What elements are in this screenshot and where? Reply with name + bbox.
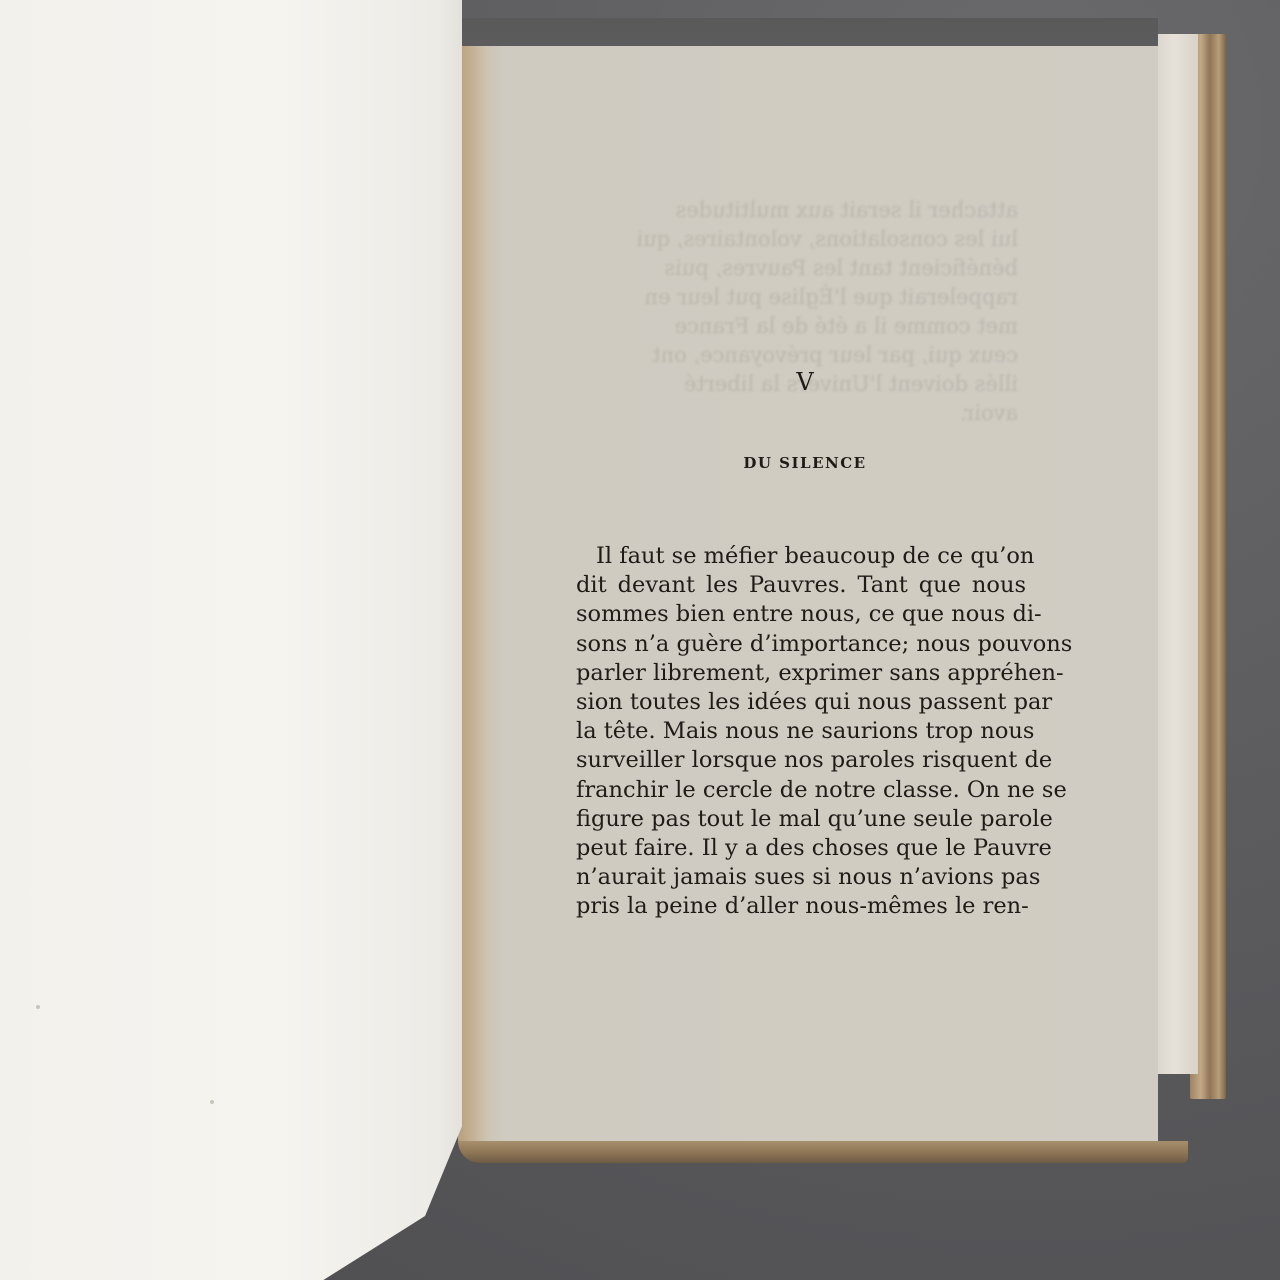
paper-foxing-spot — [210, 1100, 214, 1104]
body-line: peut faire. Il y a des choses que le Pau… — [576, 834, 1026, 863]
page-content: V DU SILENCE Il faut se méfier beaucoup … — [576, 368, 1026, 922]
body-line: sion toutes les idées qui nous passent p… — [576, 688, 1026, 717]
body-line: figure pas tout le mal qu’une seule paro… — [576, 805, 1026, 834]
chapter-number: V — [576, 368, 1026, 396]
body-line: dit devant les Pauvres. Tant que nous — [576, 571, 1026, 600]
body-line: la tête. Mais nous ne saurions trop nous — [576, 717, 1026, 746]
left-blank-page — [0, 0, 462, 1280]
body-line: n’aurait jamais sues si nous n’avions pa… — [576, 863, 1026, 892]
body-line: surveiller lorsque nos paroles risquent … — [576, 746, 1026, 775]
body-line: sommes bien entre nous, ce que nous di- — [576, 600, 1026, 629]
body-line: franchir le cercle de notre classe. On n… — [576, 776, 1026, 805]
body-line: parler librement, exprimer sans appréhen… — [576, 659, 1026, 688]
body-line: pris la peine d’aller nous-mêmes le ren- — [576, 892, 1026, 921]
body-line: sons n’a guère d’importance; nous pouvon… — [576, 630, 1026, 659]
chapter-title: DU SILENCE — [576, 454, 1026, 472]
body-line: Il faut se méfier beaucoup de ce qu’on — [576, 542, 1026, 571]
paper-foxing-spot — [36, 1005, 40, 1009]
chapter-body: Il faut se méfier beaucoup de ce qu’on d… — [576, 542, 1026, 922]
right-page: attacher il serait aux multitudes lui le… — [458, 18, 1158, 1143]
